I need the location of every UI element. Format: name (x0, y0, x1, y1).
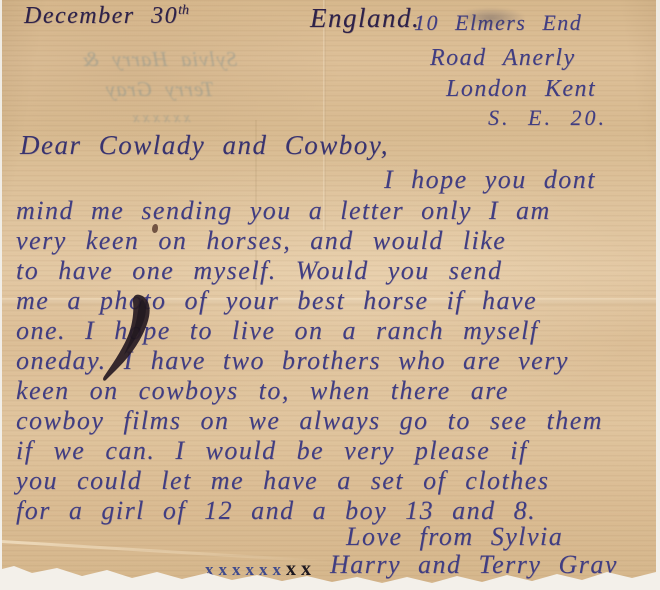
signature-line: Harry and Terry Gray (330, 552, 618, 578)
body-line: one. I hope to live on a ranch myself (16, 318, 539, 344)
body-line: to have one myself. Would you send (16, 258, 502, 284)
date-text: December 30 (24, 3, 178, 29)
closing-line: Love from Sylvia (346, 524, 563, 550)
address-line: Road Anerly (430, 46, 576, 70)
bleed-line: Terry Gray (42, 74, 277, 104)
kisses-blue: xxxxxx (205, 560, 286, 579)
body-line: keen on cowboys to, when there are (16, 378, 509, 404)
body-line: if we can. I would be very please if (16, 438, 528, 464)
date-suffix: th (178, 3, 189, 18)
address-line: S. E. 20. (488, 107, 607, 129)
bleed-line: Sylvia Harry & (42, 44, 277, 74)
country-line: England. (310, 5, 420, 32)
salutation-line: Dear Cowlady and Cowboy, (20, 132, 389, 159)
body-line: me a photo of your best horse if have (16, 288, 537, 314)
kisses-dark: xx (286, 558, 316, 580)
ink-smudge (440, 5, 532, 31)
address-line: London Kent (446, 77, 596, 101)
body-line: oneday. I have two brothers who are very (16, 348, 569, 374)
body-line: mind me sending you a letter only I am (16, 198, 551, 224)
body-line: I hope you dont (384, 167, 596, 193)
body-line: for a girl of 12 and a boy 13 and 8. (16, 498, 536, 524)
letter-paper: Sylvia Harry & Terry Gray xxxxxx Decembe… (2, 0, 656, 588)
date-line: December 30th (24, 4, 189, 28)
bleed-through-text: Sylvia Harry & Terry Gray xxxxxx (42, 44, 277, 144)
ink-blot (102, 293, 157, 383)
kisses-marks: xxxxxxxx (205, 558, 316, 581)
scanned-letter: Sylvia Harry & Terry Gray xxxxxx Decembe… (0, 0, 660, 590)
body-line: you could let me have a set of clothes (16, 468, 549, 494)
body-line: cowboy films on we always go to see them (16, 408, 603, 434)
body-line: very keen on horses, and would like (16, 228, 506, 254)
